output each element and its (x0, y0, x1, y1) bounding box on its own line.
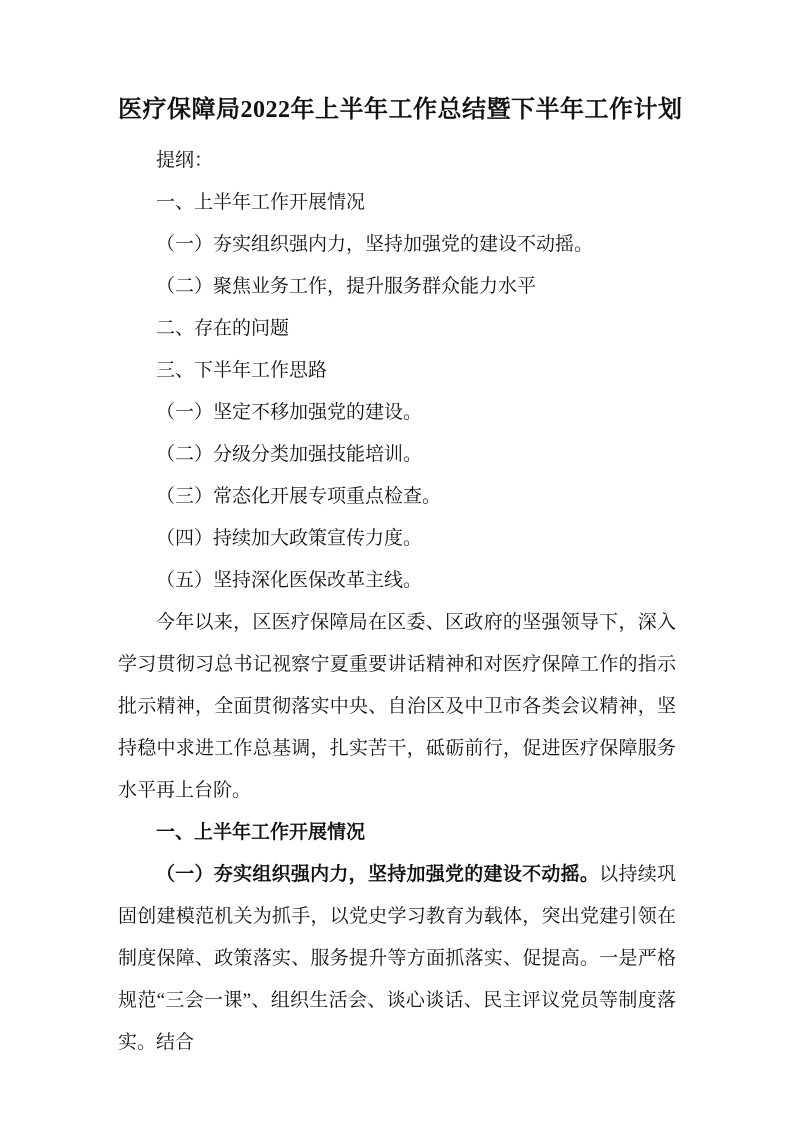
text-run: 提纲： (156, 150, 213, 171)
paragraph-6: （一）坚定不移加强党的建设。 (118, 392, 676, 434)
text-run: 三、下半年工作思路 (156, 360, 327, 381)
text-run: （二）聚焦业务工作，提升服务群众能力水平 (156, 276, 536, 297)
paragraph-12: 一、上半年工作开展情况 (118, 812, 676, 854)
paragraph-10: （五）坚持深化医保改革主线。 (118, 560, 676, 602)
text-run: （一）坚定不移加强党的建设。 (156, 402, 422, 423)
text-run: 一、上半年工作开展情况 (156, 192, 365, 213)
paragraph-9: （四）持续加大政策宣传力度。 (118, 518, 676, 560)
bold-text-run: （一）夯实组织强内力，坚持加强党的建设不动摇。 (156, 864, 599, 885)
paragraph-7: （二）分级分类加强技能培训。 (118, 434, 676, 476)
text-run: （三）常态化开展专项重点检查。 (156, 486, 441, 507)
bold-text-run: 一、上半年工作开展情况 (156, 822, 365, 843)
document-page: 医疗保障局2022年上半年工作总结暨下半年工作计划 提纲：一、上半年工作开展情况… (0, 0, 793, 1122)
text-run: （二）分级分类加强技能培训。 (156, 444, 422, 465)
paragraph-5: 三、下半年工作思路 (118, 350, 676, 392)
paragraph-4: 二、存在的问题 (118, 308, 676, 350)
text-run: 今年以来，区医疗保障局在区委、区政府的坚强领导下，深入学习贯彻习总书记视察宁夏重… (118, 612, 676, 801)
paragraph-0: 提纲： (118, 140, 676, 182)
text-run: 以持续巩固创建模范机关为抓手，以党史学习教育为载体，突出党建引领在制度保障、政策… (118, 864, 676, 1053)
document-title: 医疗保障局2022年上半年工作总结暨下半年工作计划 (118, 88, 676, 132)
text-run: （一）夯实组织强内力，坚持加强党的建设不动摇。 (156, 234, 593, 255)
document-body: 提纲：一、上半年工作开展情况（一）夯实组织强内力，坚持加强党的建设不动摇。（二）… (118, 140, 676, 1064)
text-run: （四）持续加大政策宣传力度。 (156, 528, 422, 549)
paragraph-1: 一、上半年工作开展情况 (118, 182, 676, 224)
paragraph-2: （一）夯实组织强内力，坚持加强党的建设不动摇。 (118, 224, 676, 266)
text-run: （五）坚持深化医保改革主线。 (156, 570, 422, 591)
paragraph-11: 今年以来，区医疗保障局在区委、区政府的坚强领导下，深入学习贯彻习总书记视察宁夏重… (118, 602, 676, 812)
text-run: 二、存在的问题 (156, 318, 289, 339)
paragraph-3: （二）聚焦业务工作，提升服务群众能力水平 (118, 266, 676, 308)
paragraph-13: （一）夯实组织强内力，坚持加强党的建设不动摇。以持续巩固创建模范机关为抓手，以党… (118, 854, 676, 1064)
paragraph-8: （三）常态化开展专项重点检查。 (118, 476, 676, 518)
